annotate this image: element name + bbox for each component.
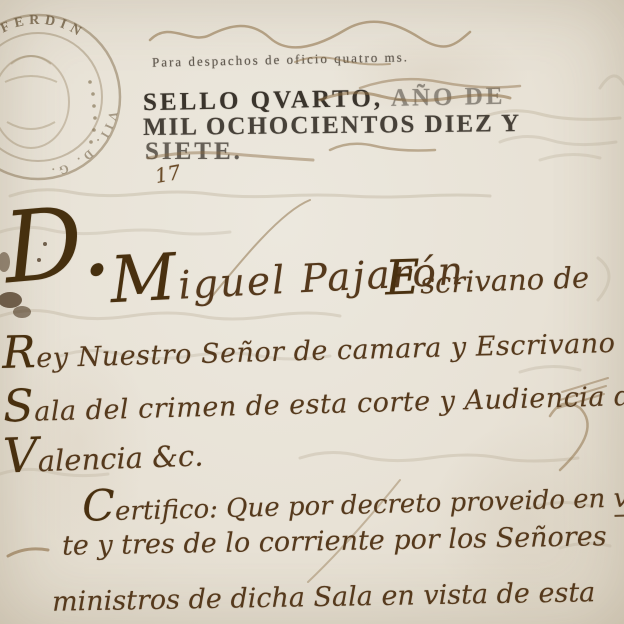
seal-arc-top-text: FERDIN [0, 13, 88, 42]
royal-seal-stamp: FERDIN VII. D. G. [0, 2, 145, 202]
manuscript-page: FERDIN VII. D. G. Para despachos de ofic… [0, 0, 624, 624]
manuscript-title: Escrivano de [384, 248, 589, 303]
manuscript-line-7: ministros de dicha Sala en vista de esta [52, 579, 596, 615]
manuscript-line-2: Rey Nuestro Señor de camara y Escrivano … [2, 313, 624, 376]
printed-title-line3: SIETE. [145, 138, 243, 166]
seal-arc-right-text: VII. D. G. [47, 110, 120, 180]
folio-mark: 17 [153, 162, 182, 186]
printed-title-line1b: AÑO DE [383, 83, 506, 112]
manuscript-line-5-underlined: vein- [613, 482, 624, 517]
manuscript-line-4: Valencia &c. [2, 427, 204, 482]
manuscript-initial: D. [0, 192, 114, 299]
manuscript-line-5: Certifico: Que por decreto proveido en v… [82, 470, 624, 528]
printed-fee-line: Para despachos de oficio quatro ms. [152, 49, 409, 70]
manuscript-line-5-start: Certifico: Que por decreto proveido en [82, 484, 614, 528]
manuscript-line-3: Sala del crimen de esta corte y Audienci… [3, 368, 624, 429]
manuscript-line-6: te y tres de lo corriente por los Señore… [62, 523, 607, 559]
